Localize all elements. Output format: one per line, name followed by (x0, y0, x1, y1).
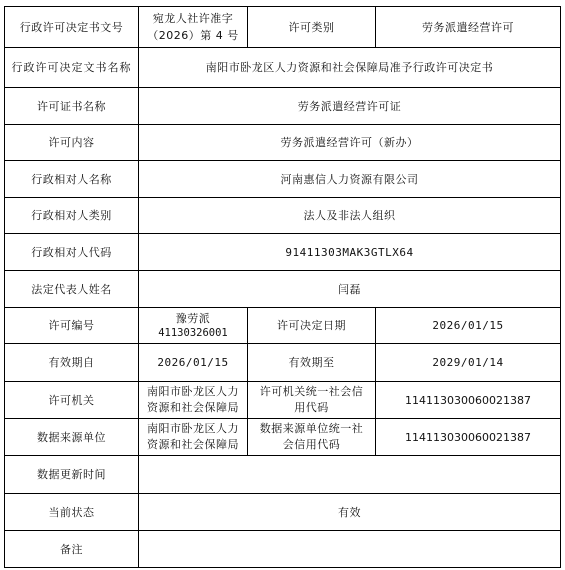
current-status-value: 有效 (139, 494, 561, 531)
row-current-status: 当前状态 有效 (5, 494, 561, 531)
permit-content-value: 劳务派遣经营许可（新办） (139, 125, 561, 161)
counterpart-type-label: 行政相对人类别 (5, 198, 139, 234)
permit-no-value: 豫劳派 41130326001 (139, 308, 248, 344)
row-counterpart-type: 行政相对人类别 法人及非法人组织 (5, 198, 561, 234)
permit-authority-code-label-line1: 许可机关统一社会信 (251, 384, 372, 400)
row-data-update-time: 数据更新时间 (5, 456, 561, 494)
permit-no-label: 许可编号 (5, 308, 139, 344)
remarks-label: 备注 (5, 531, 139, 568)
row-certificate-name: 许可证书名称 劳务派遣经营许可证 (5, 88, 561, 125)
decision-doc-name-label: 行政许可决定文书名称 (5, 48, 139, 88)
decision-doc-no-value-line1: 宛龙人社许准字 (142, 10, 244, 27)
valid-to-value: 2029/01/14 (376, 344, 561, 382)
data-source-value-line1: 南阳市卧龙区人力 (142, 421, 244, 437)
row-permit-no: 许可编号 豫劳派 41130326001 许可决定日期 2026/01/15 (5, 308, 561, 344)
data-source-code-label-line1: 数据来源单位统一社 (251, 421, 372, 437)
decision-doc-no-value: 宛龙人社许准字 （2026）第 4 号 (139, 7, 248, 48)
row-legal-rep: 法定代表人姓名 闫磊 (5, 271, 561, 308)
permit-authority-value-line2: 资源和社会保障局 (142, 400, 244, 416)
permit-authority-value: 南阳市卧龙区人力 资源和社会保障局 (139, 382, 248, 419)
data-update-time-label: 数据更新时间 (5, 456, 139, 494)
legal-rep-label: 法定代表人姓名 (5, 271, 139, 308)
remarks-value (139, 531, 561, 568)
row-decision-doc-name: 行政许可决定文书名称 南阳市卧龙区人力资源和社会保障局准予行政许可决定书 (5, 48, 561, 88)
permit-category-value: 劳务派遣经营许可 (376, 7, 561, 48)
data-source-code-label: 数据来源单位统一社 会信用代码 (248, 419, 376, 456)
counterpart-name-value: 河南惠信人力资源有限公司 (139, 161, 561, 198)
permit-no-value-line2: 41130326001 (142, 326, 244, 341)
row-permit-authority: 许可机关 南阳市卧龙区人力 资源和社会保障局 许可机关统一社会信 用代码 114… (5, 382, 561, 419)
data-source-code-label-line2: 会信用代码 (251, 437, 372, 453)
row-permit-content: 许可内容 劳务派遣经营许可（新办） (5, 125, 561, 161)
permit-authority-value-line1: 南阳市卧龙区人力 (142, 384, 244, 400)
certificate-name-value: 劳务派遣经营许可证 (139, 88, 561, 125)
row-remarks: 备注 (5, 531, 561, 568)
data-source-value: 南阳市卧龙区人力 资源和社会保障局 (139, 419, 248, 456)
data-source-label: 数据来源单位 (5, 419, 139, 456)
permit-authority-code-label: 许可机关统一社会信 用代码 (248, 382, 376, 419)
valid-to-label: 有效期至 (248, 344, 376, 382)
decision-doc-no-value-line2: （2026）第 4 号 (142, 27, 244, 44)
counterpart-code-value: 91411303MAK3GTLX64 (139, 234, 561, 271)
permit-authority-label: 许可机关 (5, 382, 139, 419)
permit-record-sheet: 行政许可决定书文号 宛龙人社许准字 （2026）第 4 号 许可类别 劳务派遣经… (4, 6, 560, 568)
counterpart-code-label: 行政相对人代码 (5, 234, 139, 271)
permit-authority-code-value: 114113030060021387 (376, 382, 561, 419)
legal-rep-value: 闫磊 (139, 271, 561, 308)
permit-content-label: 许可内容 (5, 125, 139, 161)
data-source-code-value: 114113030060021387 (376, 419, 561, 456)
data-update-time-value (139, 456, 561, 494)
permit-info-table: 行政许可决定书文号 宛龙人社许准字 （2026）第 4 号 许可类别 劳务派遣经… (4, 6, 561, 568)
counterpart-type-value: 法人及非法人组织 (139, 198, 561, 234)
decision-doc-no-label: 行政许可决定书文号 (5, 7, 139, 48)
decision-doc-name-value: 南阳市卧龙区人力资源和社会保障局准予行政许可决定书 (139, 48, 561, 88)
row-valid-period: 有效期自 2026/01/15 有效期至 2029/01/14 (5, 344, 561, 382)
valid-from-label: 有效期自 (5, 344, 139, 382)
row-data-source: 数据来源单位 南阳市卧龙区人力 资源和社会保障局 数据来源单位统一社 会信用代码… (5, 419, 561, 456)
valid-from-value: 2026/01/15 (139, 344, 248, 382)
decision-date-value: 2026/01/15 (376, 308, 561, 344)
data-source-value-line2: 资源和社会保障局 (142, 437, 244, 453)
permit-category-label: 许可类别 (248, 7, 376, 48)
certificate-name-label: 许可证书名称 (5, 88, 139, 125)
permit-authority-code-label-line2: 用代码 (251, 400, 372, 416)
row-counterpart-name: 行政相对人名称 河南惠信人力资源有限公司 (5, 161, 561, 198)
row-decision-doc-no: 行政许可决定书文号 宛龙人社许准字 （2026）第 4 号 许可类别 劳务派遣经… (5, 7, 561, 48)
row-counterpart-code: 行政相对人代码 91411303MAK3GTLX64 (5, 234, 561, 271)
permit-no-value-line1: 豫劳派 (142, 311, 244, 326)
decision-date-label: 许可决定日期 (248, 308, 376, 344)
counterpart-name-label: 行政相对人名称 (5, 161, 139, 198)
current-status-label: 当前状态 (5, 494, 139, 531)
